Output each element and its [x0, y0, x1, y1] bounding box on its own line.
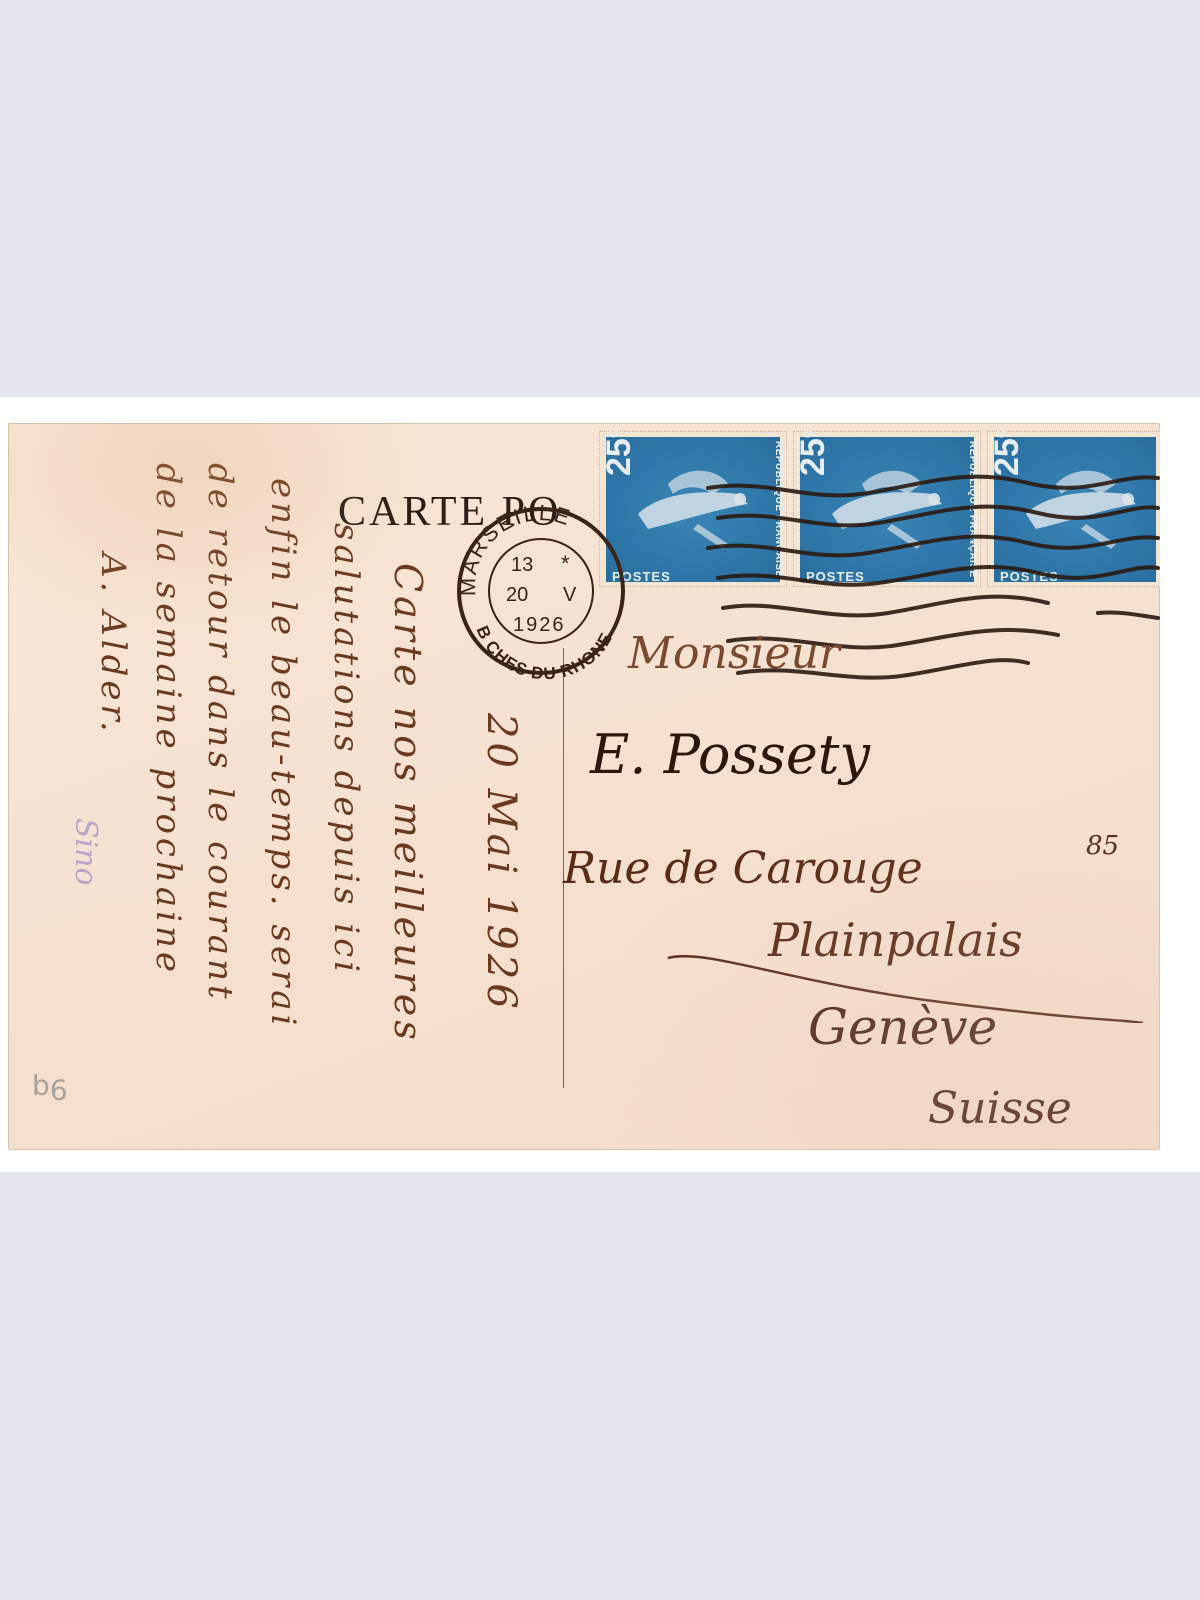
- sower-icon: [1016, 454, 1146, 554]
- postmark-day: 20: [506, 584, 528, 606]
- postmark-city: MARSEILLE: [455, 501, 575, 596]
- address-salutation: Monsieur: [628, 628, 840, 679]
- postmark-star: *: [561, 551, 570, 576]
- pencil-note: 9q: [32, 1073, 68, 1106]
- address-name: E. Possety: [590, 723, 870, 786]
- postcard-back: CARTE PO 25c REPUBLIQUE FRANÇAISE POSTES: [8, 423, 1160, 1150]
- message-line: salutations depuis ici: [326, 523, 366, 976]
- stamp-value: 25: [988, 438, 1026, 476]
- sower-icon: [628, 454, 758, 554]
- postmark-hour: 13: [511, 554, 533, 576]
- message-line: de la semaine prochaine: [148, 463, 188, 976]
- postmark: MARSEILLE B CHES DU RHONE 13 * 20 V 1926: [451, 501, 631, 681]
- address-city: Genève: [808, 998, 997, 1056]
- message-line: enfin le beau-temps. serai: [263, 478, 303, 1029]
- message-date: 20 Mai 1926: [478, 713, 524, 1013]
- svg-text:MARSEILLE: MARSEILLE: [455, 501, 575, 596]
- address-number: 85: [1086, 831, 1119, 861]
- address-street: Rue de Carouge: [563, 843, 923, 894]
- stamp: 25c POSTES: [987, 431, 1160, 587]
- message-line: de retour dans le courant: [200, 463, 240, 1003]
- stamp-value: 25: [794, 438, 832, 476]
- postmark-month: V: [563, 584, 577, 606]
- postmark-year: 1926: [513, 614, 566, 636]
- violet-mark: Sino: [68, 818, 103, 886]
- stamp-label: POSTES: [806, 569, 865, 584]
- stamp-country: REPUBLIQUE FRANÇAISE: [964, 436, 978, 582]
- stamp-country: REPUBLIQUE FRANÇAISE: [770, 436, 784, 582]
- stamp: 25c REPUBLIQUE FRANÇAISE POSTES: [793, 431, 981, 587]
- address-country: Suisse: [928, 1083, 1072, 1134]
- stamp-label: POSTES: [1000, 569, 1059, 584]
- message-signature: A. Alder.: [93, 553, 133, 736]
- stamp-strip: 25c REPUBLIQUE FRANÇAISE POSTES 25c REPU…: [599, 431, 1160, 587]
- sower-icon: [822, 454, 952, 554]
- message-line: Carte nos meilleures: [386, 563, 430, 1044]
- stamp-value: 25: [600, 438, 638, 476]
